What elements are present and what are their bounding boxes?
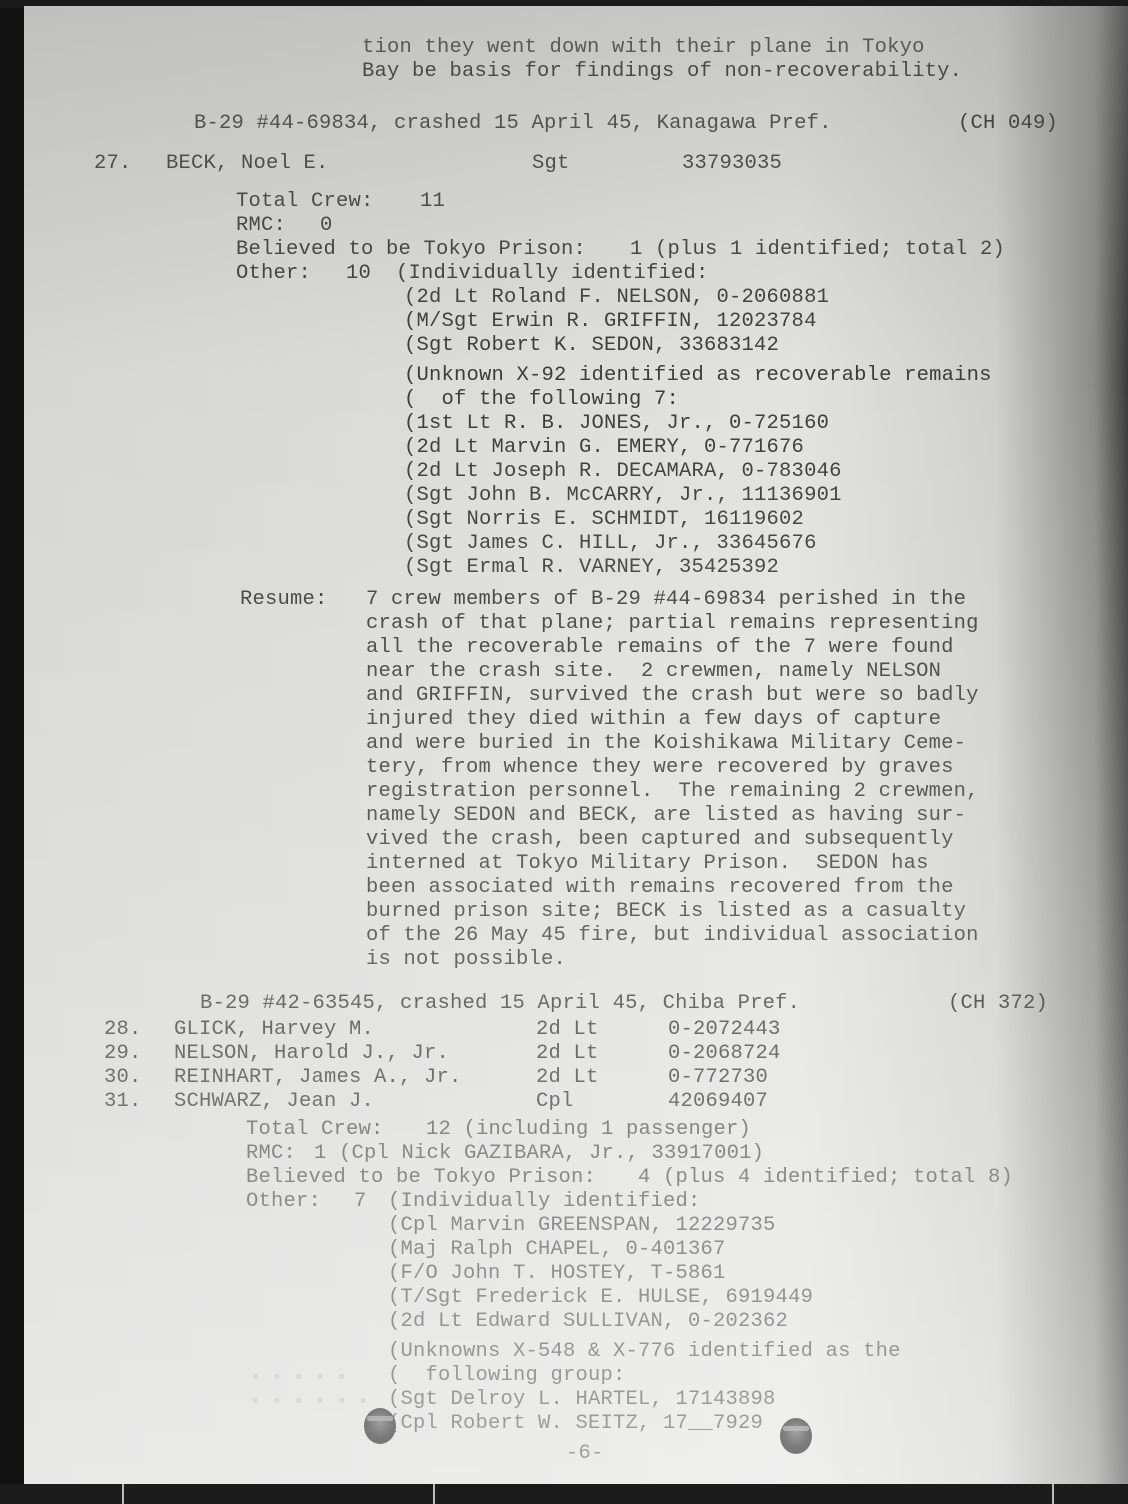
other-line: (M/Sgt Erwin R. GRIFFIN, 12023784 (404, 310, 817, 334)
resume-line: near the crash site. 2 crewmen, namely N… (366, 660, 941, 684)
aircraft-1-other-label: Other: (236, 262, 311, 286)
entry-name: BECK, Noel E. (166, 152, 329, 176)
document-page: tion they went down with their plane in … (24, 6, 1128, 1484)
other-line: (Sgt Ermal R. VARNEY, 35425392 (404, 556, 779, 580)
other-line: (Cpl Robert W. SEITZ, 17__7929 (388, 1412, 763, 1436)
entry-rank: 2d Lt (536, 1066, 599, 1090)
other-line: (F/O John T. HOSTEY, T-5861 (388, 1262, 726, 1286)
entry-rank: Cpl (536, 1090, 574, 1114)
film-seam (122, 1484, 124, 1504)
resume-line: of the 26 May 45 fire, but individual as… (366, 924, 979, 948)
aircraft-2-rmc-value: 1 (Cpl Nick GAZIBARA, Jr., 33917001) (314, 1142, 764, 1166)
other-line: (Unknown X-92 identified as recoverable … (404, 364, 992, 388)
resume-line: all the recoverable remains of the 7 wer… (366, 636, 954, 660)
other-line: (Unknowns X-548 & X-776 identified as th… (388, 1340, 901, 1364)
aircraft-1-total-crew-value: 11 (420, 190, 445, 214)
resume-line: been associated with remains recovered f… (366, 876, 954, 900)
resume-line: burned prison site; BECK is listed as a … (366, 900, 966, 924)
resume-line: interned at Tokyo Military Prison. SEDON… (366, 852, 929, 876)
entry-rank: 2d Lt (536, 1042, 599, 1066)
entry-name: REINHART, James A., Jr. (174, 1066, 462, 1090)
other-line: (Sgt Norris E. SCHMIDT, 16119602 (404, 508, 804, 532)
other-line: (Maj Ralph CHAPEL, 0-401367 (388, 1238, 726, 1262)
aircraft-1-case-ref: (CH 049) (958, 112, 1058, 136)
resume-line: tery, from whence they were recovered by… (366, 756, 954, 780)
page-number: -6- (566, 1442, 604, 1466)
resume-line: vived the crash, been captured and subse… (366, 828, 954, 852)
other-line: (1st Lt R. B. JONES, Jr., 0-725160 (404, 412, 829, 436)
aircraft-2-other-value: 7 (354, 1190, 367, 1214)
aircraft-1-total-crew-label: Total Crew: (236, 190, 374, 214)
other-line: (Individually identified: (388, 1190, 701, 1214)
other-line: (Sgt Robert K. SEDON, 33683142 (404, 334, 779, 358)
entry-number: 29. (104, 1042, 142, 1066)
entry-number: 28. (104, 1018, 142, 1042)
other-line: (Sgt John B. McCARRY, Jr., 11136901 (404, 484, 842, 508)
resume-line: injured they died within a few days of c… (366, 708, 941, 732)
bleed-through-mark: ▪ ▪ ▪ ▪ ▪ ▪ (250, 1392, 369, 1412)
entry-rank: Sgt (532, 152, 570, 176)
bleed-through-mark: ▪ ▪ ▪ ▪ ▪ (250, 1368, 347, 1388)
resume-line: and GRIFFIN, survived the crash but were… (366, 684, 979, 708)
aircraft-2-case-ref: (CH 372) (948, 992, 1048, 1016)
aircraft-2-tokyo-prison-value: 4 (plus 4 identified; total 8) (638, 1166, 1013, 1190)
aircraft-1-rmc-value: 0 (320, 214, 333, 238)
resume-line: namely SEDON and BECK, are listed as hav… (366, 804, 966, 828)
entry-rank: 2d Lt (536, 1018, 599, 1042)
entry-name: NELSON, Harold J., Jr. (174, 1042, 449, 1066)
resume-line: and were buried in the Koishikawa Milita… (366, 732, 966, 756)
entry-number: 27. (94, 152, 132, 176)
aircraft-2-total-crew-value: 12 (including 1 passenger) (426, 1118, 751, 1142)
other-line: (Cpl Marvin GREENSPAN, 12229735 (388, 1214, 776, 1238)
aircraft-1-tokyo-prison-value: 1 (plus 1 identified; total 2) (630, 238, 1005, 262)
resume-line: crash of that plane; partial remains rep… (366, 612, 979, 636)
entry-name: SCHWARZ, Jean J. (174, 1090, 374, 1114)
entry-number: 31. (104, 1090, 142, 1114)
aircraft-2-header: B-29 #42-63545, crashed 15 April 45, Chi… (200, 992, 800, 1016)
punch-hole (780, 1418, 812, 1454)
resume-line: is not possible. (366, 948, 566, 972)
entry-name: GLICK, Harvey M. (174, 1018, 374, 1042)
aircraft-1-rmc-label: RMC: (236, 214, 286, 238)
aircraft-2-other-label: Other: (246, 1190, 321, 1214)
aircraft-2-tokyo-prison-label: Believed to be Tokyo Prison: (246, 1166, 596, 1190)
scan-bottom-edge (0, 1484, 1128, 1504)
entry-serial: 0-2072443 (668, 1018, 781, 1042)
punch-hole (364, 1408, 396, 1444)
aircraft-1-resume-label: Resume: (240, 588, 328, 612)
entry-serial: 0-772730 (668, 1066, 768, 1090)
other-line: (T/Sgt Frederick E. HULSE, 6919449 (388, 1286, 813, 1310)
entry-serial: 33793035 (682, 152, 782, 176)
aircraft-2-total-crew-label: Total Crew: (246, 1118, 384, 1142)
other-line: (2d Lt Marvin G. EMERY, 0-771676 (404, 436, 804, 460)
other-line: (Sgt James C. HILL, Jr., 33645676 (404, 532, 817, 556)
continuation-line-2: Bay be basis for findings of non-recover… (362, 60, 962, 84)
aircraft-2-rmc-label: RMC: (246, 1142, 296, 1166)
other-line: ( following group: (388, 1364, 626, 1388)
other-line: (Individually identified: (396, 262, 709, 286)
film-seam (433, 1484, 435, 1504)
other-line: (2d Lt Edward SULLIVAN, 0-202362 (388, 1310, 788, 1334)
resume-line: 7 crew members of B-29 #44-69834 perishe… (366, 588, 966, 612)
entry-serial: 42069407 (668, 1090, 768, 1114)
entry-number: 30. (104, 1066, 142, 1090)
film-seam (1052, 1484, 1054, 1504)
aircraft-1-other-value: 10 (346, 262, 371, 286)
other-line: ( of the following 7: (404, 388, 679, 412)
other-line: (2d Lt Roland F. NELSON, 0-2060881 (404, 286, 829, 310)
resume-line: registration personnel. The remaining 2 … (366, 780, 979, 804)
aircraft-1-header: B-29 #44-69834, crashed 15 April 45, Kan… (194, 112, 832, 136)
other-line: (Sgt Delroy L. HARTEL, 17143898 (388, 1388, 776, 1412)
aircraft-1-tokyo-prison-label: Believed to be Tokyo Prison: (236, 238, 586, 262)
other-line: (2d Lt Joseph R. DECAMARA, 0-783046 (404, 460, 842, 484)
continuation-line-1: tion they went down with their plane in … (362, 36, 925, 60)
entry-serial: 0-2068724 (668, 1042, 781, 1066)
